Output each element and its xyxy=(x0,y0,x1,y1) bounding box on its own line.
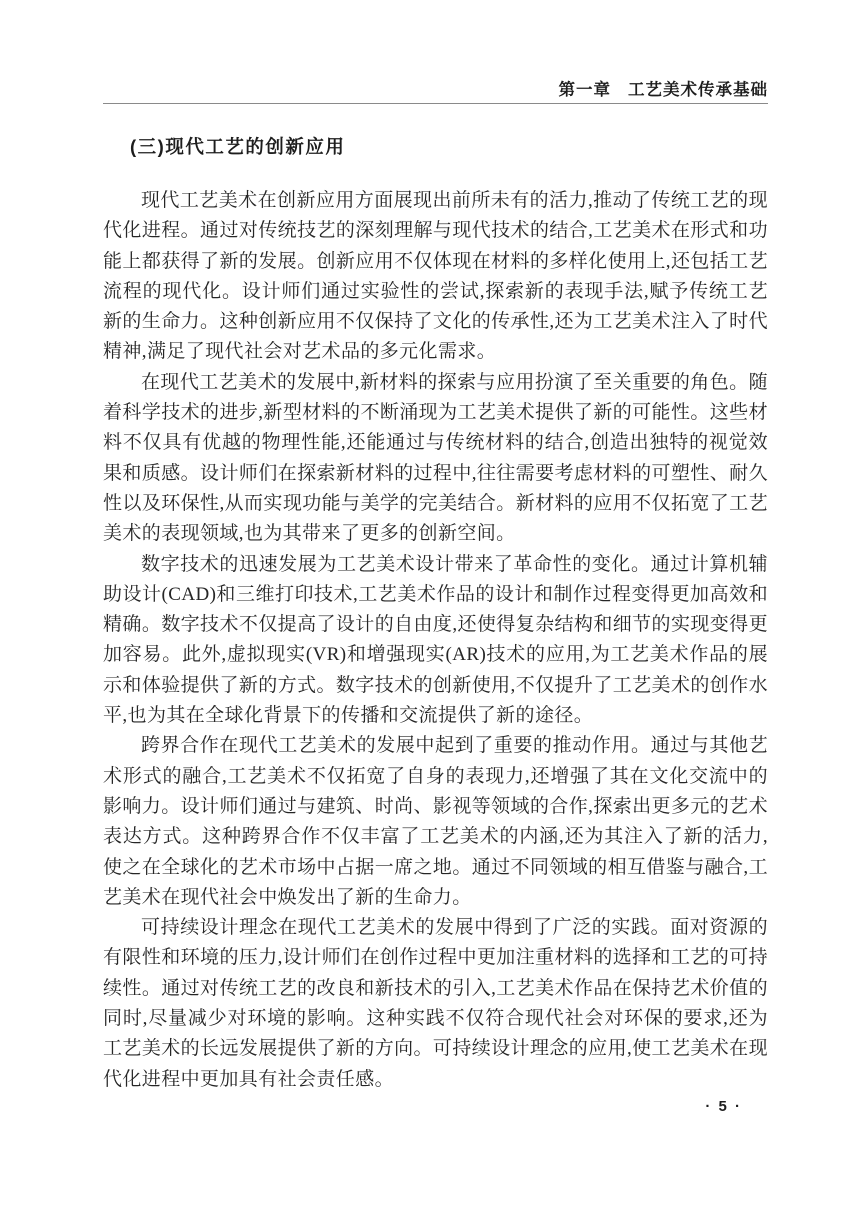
page-number: · 5 · xyxy=(705,1098,742,1115)
running-header-title: 工艺美术传承基础 xyxy=(628,81,768,99)
page-footer: · 5 · xyxy=(103,1098,768,1115)
section-heading: (三)现代工艺的创新应用 xyxy=(130,133,345,159)
body-text: 现代工艺美术在创新应用方面展现出前所未有的活力,推动了传统工艺的现代化进程。通过… xyxy=(103,186,768,1095)
paragraph-innovation-overview: 现代工艺美术在创新应用方面展现出前所未有的活力,推动了传统工艺的现代化进程。通过… xyxy=(103,186,768,368)
paragraph-digital-technology: 数字技术的迅速发展为工艺美术设计带来了革命性的变化。通过计算机辅助设计(CAD)… xyxy=(103,550,768,732)
running-header: 第一章工艺美术传承基础 xyxy=(103,76,768,100)
paragraph-cross-collaboration: 跨界合作在现代工艺美术的发展中起到了重要的推动作用。通过与其他艺术形式的融合,工… xyxy=(103,731,768,913)
paragraph-new-materials: 在现代工艺美术的发展中,新材料的探索与应用扮演了至关重要的角色。随着科学技术的进… xyxy=(103,368,768,550)
header-rule xyxy=(103,103,768,104)
running-header-chapter: 第一章 xyxy=(559,81,612,99)
paragraph-sustainable-design: 可持续设计理念在现代工艺美术的发展中得到了广泛的实践。面对资源的有限性和环境的压… xyxy=(103,913,768,1095)
document-page: 第一章工艺美术传承基础 (三)现代工艺的创新应用 现代工艺美术在创新应用方面展现… xyxy=(0,0,860,1208)
